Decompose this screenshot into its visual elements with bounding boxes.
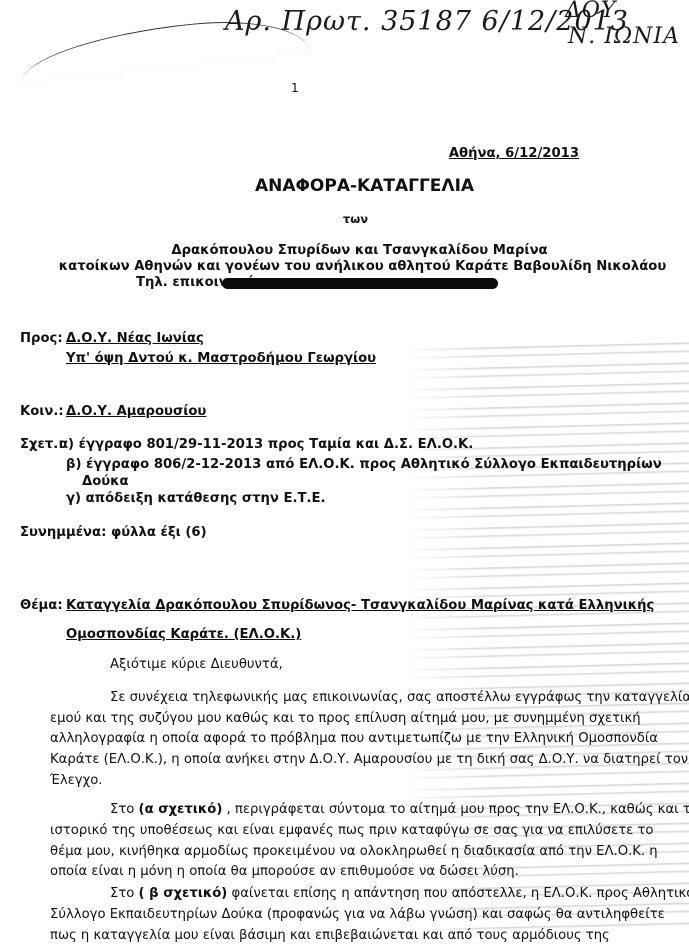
paragraph-2-start: Στο: [110, 802, 139, 817]
handwritten-corner-note-1: ΔΟΥ: [565, 0, 616, 23]
cc-label: Κοιν.:: [20, 403, 64, 420]
sender-names: Δρακόπουλου Σπυρίδων και Τσανγκαλίδου Μα…: [0, 242, 689, 259]
paragraph-3-line-3: πως η καταγγελία μου είναι βάσιμη και επ…: [50, 927, 610, 944]
paragraph-1-line-1: Σε συνέχεια τηλεφωνικής μας επικοινωνίας…: [110, 689, 689, 706]
reference-a: α) έγγραφο 801/29-11-2013 προς Ταμία και…: [59, 436, 473, 453]
paragraph-1-line-4: Καράτε (ΕΛ.Ο.Κ.), η οποία ανήκει στην Δ.…: [50, 751, 688, 768]
paragraph-1-line-2: εμού και της συζύγου μου καθώς και το πρ…: [50, 710, 641, 727]
paragraph-2-line-2: ιστορικό της υποθέσεως και είναι εμφανές…: [50, 822, 653, 839]
reference-c: γ) απόδειξη κατάθεσης στην Ε.Τ.Ε.: [66, 490, 326, 507]
reference-b-cont: Δούκα: [82, 473, 129, 490]
paragraph-2-rest: , περιγράφεται σύντομα το αίτημά μου προ…: [222, 802, 689, 817]
reference-b: β) έγγραφο 806/2-12-2013 από ΕΛ.Ο.Κ. προ…: [66, 456, 662, 473]
paragraph-3-line-1: Στο ( β σχετικό) φαίνεται επίσης η απάντ…: [110, 885, 689, 902]
paragraph-3-rest: φαίνεται επίσης η απάντηση που απόστελλε…: [227, 886, 689, 901]
paragraph-1-line-5: Έλεγχο.: [50, 772, 102, 789]
to-line-2: Υπ' όψη Δντού κ. Μαστροδήμου Γεωργίου: [66, 350, 376, 367]
paragraph-1-line-3: αλληλογραφία η οποία αφορά το πρόβλημα π…: [50, 730, 658, 747]
date-line: Αθήνα, 6/12/2013: [449, 145, 579, 162]
paragraph-2-line-3: θέμα μου, κινήθηκα αρμοδίως προκειμένου …: [50, 843, 658, 860]
references-label: Σχετ.:: [20, 436, 64, 453]
paragraph-3-line-2: Σύλλογο Εκπαιδευτηρίων Δούκα (προφανώς γ…: [50, 906, 665, 923]
subject-label: Θέμα:: [20, 597, 63, 614]
to-label: Προς:: [20, 330, 63, 347]
page-number: 1: [291, 80, 299, 97]
document-title: ΑΝΑΦΟΡΑ-ΚΑΤΑΓΓΕΛΙΑ: [0, 176, 689, 196]
subject-line-2: Ομοσπονδίας Καράτε. (ΕΛ.Ο.Κ.): [66, 626, 301, 643]
subject-line-1: Καταγγελία Δρακόπουλου Σπυρίδωνος- Τσανγ…: [66, 597, 654, 614]
phone-redaction: [222, 278, 498, 289]
paragraph-2-reference: (α σχετικό): [139, 802, 223, 817]
cc-value: Δ.Ο.Υ. Αμαρουσίου: [66, 403, 206, 420]
attachments: Συνημμένα: φύλλα έξι (6): [20, 524, 207, 541]
paragraph-2-line-1: Στο (α σχετικό) , περιγράφεται σύντομα τ…: [110, 801, 689, 818]
paragraph-3-reference: ( β σχετικό): [139, 886, 228, 901]
sender-description: κατοίκων Αθηνών και γονέων του ανήλικου …: [0, 258, 689, 275]
paragraph-2-line-4: οποία είναι η μόνη η οποία θα μπορούσε α…: [50, 863, 519, 880]
paragraph-3-start: Στο: [110, 886, 139, 901]
salutation: Αξιότιμε κύριε Διευθυντά,: [110, 656, 283, 673]
of-label: των: [0, 211, 689, 228]
scan-artifact-streaks: [400, 340, 689, 930]
handwritten-corner-note-2: Ν. ΙΩΝΙΑ: [568, 24, 680, 49]
to-line-1: Δ.Ο.Υ. Νέας Ιωνίας: [66, 330, 204, 347]
